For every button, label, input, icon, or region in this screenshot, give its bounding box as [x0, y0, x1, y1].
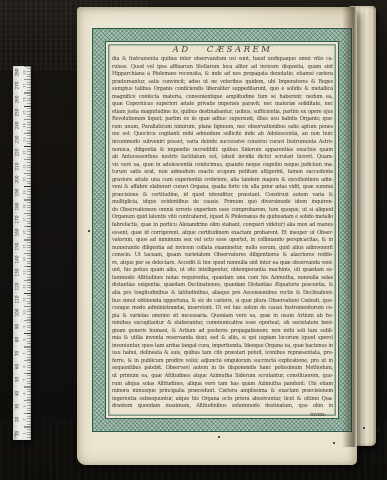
ruler-cm-label: 9	[23, 320, 28, 332]
ruler-cm-label: 11	[23, 294, 28, 306]
ruler-graduation: 15015	[13, 240, 31, 253]
catchword: juven-	[112, 411, 333, 416]
ruler-mm-label: 90	[15, 319, 20, 333]
ruler-mm-label: 50	[15, 373, 20, 387]
text-line: unt, his potius quàm aliis, ut sitè inte…	[112, 267, 333, 275]
ruler-cm-label: 17	[23, 213, 28, 225]
text-line: veni & affabrè elaborari curavi Organa, …	[112, 184, 333, 192]
text-line: mia & utilia inventa reservanda duxi; se…	[112, 335, 333, 343]
ruler-cm-label: 3	[23, 401, 28, 413]
ruler-cm-label: 22	[23, 147, 28, 159]
ruler-mm-label: 20	[15, 413, 20, 427]
text-line: rum unum, Parallaticum nimirum, plane li…	[112, 124, 333, 132]
text-line: sequentibus patebit. Observavi autem in …	[112, 365, 333, 373]
ink-speck	[88, 230, 90, 232]
text-line: prætereantur, satis convincit; adeo ut n…	[112, 79, 333, 87]
text-line: incommodo subveniri posset, varia deinde…	[112, 139, 333, 147]
scanner-background: AD CÆSAREM dia & Instrumenta quibus inte…	[0, 0, 387, 480]
ruler-graduation: 505	[13, 373, 31, 386]
text-line: nomica, diligentiâ & impendio incredibil…	[112, 147, 333, 155]
ruler-graduation: 11011	[13, 293, 31, 306]
ruler-mm-label: 10	[15, 426, 20, 440]
ruler-mm-label: 30	[15, 400, 20, 414]
ruler-cm-label: 12	[23, 280, 28, 292]
ruler-graduation: 19019	[13, 186, 31, 199]
ruler-mm-label: 280	[15, 66, 20, 80]
ruler-mm-label: 170	[15, 212, 20, 226]
ruler-cm-label: 2	[23, 414, 28, 426]
text-line: usu habui, delineata & suis, quibus tam …	[112, 350, 333, 358]
ruler-graduation: 404	[13, 387, 31, 400]
ruler-mm-label: 80	[15, 333, 20, 347]
ruler-mm-label: 60	[15, 359, 20, 373]
text-line: sumptus talibus Organis conficiendis lib…	[112, 86, 333, 94]
ruler-mm-label: 160	[15, 226, 20, 240]
ruler-graduation: 25025	[13, 106, 31, 119]
ruler-cm-label: 23	[23, 133, 28, 145]
ruler-graduation: 14014	[13, 253, 31, 266]
ink-speck	[333, 442, 335, 444]
ink-speck	[218, 436, 220, 438]
ruler-graduation: 27027	[13, 79, 31, 92]
book-page: AD CÆSAREM dia & Instrumenta quibus inte…	[77, 7, 357, 465]
text-line: me est. Quocirca cogitanti mihi admodum …	[112, 131, 333, 139]
ruler-mm-label: 70	[15, 346, 20, 360]
ruler-mm-label: 230	[15, 132, 20, 146]
text-line: re, atque per se delectare. Accedit & ho…	[112, 260, 333, 268]
ink-speck	[363, 427, 365, 429]
text-line: pia & varietas omninò sit necessaria. Qu…	[112, 313, 333, 321]
text-line: do Observationem omnis erroris expertem …	[112, 207, 333, 215]
ruler-mm-label: 220	[15, 146, 20, 160]
ruler-cm-label: 15	[23, 240, 28, 252]
ruler-graduation: 909	[13, 320, 31, 333]
ruler-mm-label: 110	[15, 293, 20, 307]
text-line: bus simul obtinenda opportuna, & sic de …	[112, 298, 333, 306]
text-line: Revolutionum liquet; partim ex iis quæ a…	[112, 116, 333, 124]
ruler-cm-label: 20	[23, 173, 28, 185]
ruler-mm-label: 100	[15, 306, 20, 320]
ruler-graduation: 20020	[13, 173, 31, 186]
ruler-graduation: 606	[13, 360, 31, 373]
ruler-graduation: 24024	[13, 119, 31, 132]
ruler-graduation: 23023	[13, 133, 31, 146]
ruler-cm-label: 5	[23, 374, 28, 386]
ruler-mm-label: 260	[15, 92, 20, 106]
text-line: Organum quid latentis vitii contraheret,…	[112, 214, 333, 222]
ruler-graduation: 26026	[13, 93, 31, 106]
text-line: minora minusque principalia præcedunt. C…	[112, 388, 333, 396]
text-line: multiplicia, idque evidentibus de causis…	[112, 199, 333, 207]
ruler-mm-label: 240	[15, 119, 20, 133]
ruler-graduation: 16016	[13, 226, 31, 239]
measurement-ruler: mm 2802827027260262502524024230232202221…	[13, 66, 31, 440]
ruler-mm-label: 140	[15, 253, 20, 267]
ruler-mm-label: 210	[15, 159, 20, 173]
ruler-graduation: 12012	[13, 280, 31, 293]
ruler-cm-label: 7	[23, 347, 28, 359]
ruler-graduation: 101	[13, 427, 31, 440]
text-line: Hipparchiana à Ptolemæo recensita, & ind…	[112, 71, 333, 79]
text-line: minibus excogitantur & elaborantur, comm…	[112, 320, 333, 328]
text-line: lummodò Altitudines notas requirentia, q…	[112, 275, 333, 283]
text-line: etiam justa magnitudine iis, quibus dest…	[112, 109, 333, 117]
ruler-cm-label: 14	[23, 254, 28, 266]
ruler-cm-label: 19	[23, 187, 28, 199]
ruler-mm-label: 150	[15, 239, 20, 253]
ruler-graduation: 22022	[13, 146, 31, 159]
ruler-mm-label: 180	[15, 199, 20, 213]
text-line: inveniuntur, quos tam ardua tangat cura,…	[112, 343, 333, 351]
page-header: AD CÆSAREM	[112, 45, 333, 55]
ruler-cm-label: 16	[23, 227, 28, 239]
text-line: turum satis erat, non admodum exactè sco…	[112, 169, 333, 177]
text-line: vis verò ea, quæ in adolescentiâ confeci…	[112, 162, 333, 170]
text-line: magnificè confecta materia, convenientiq…	[112, 94, 333, 102]
ruler-cm-label: 25	[23, 107, 28, 119]
ink-speck	[377, 430, 379, 432]
text-line: quæ Copernicus superiori ætate privatis …	[112, 101, 333, 109]
text-line: alia pro longitudinibus & latitudinibus,…	[112, 290, 333, 298]
ruler-cm-label: 18	[23, 200, 28, 212]
text-line: fabrefactis, quæ in porticu Alexandrino …	[112, 222, 333, 230]
text-line: ut primùm ea, quæ Altitudines atque Azim…	[112, 373, 333, 381]
ruler-cm-label: 27	[23, 80, 28, 92]
ruler-mm-label: 130	[15, 266, 20, 280]
ruler-mm-label: 270	[15, 79, 20, 93]
ruler-mm-label: 190	[15, 186, 20, 200]
ruler-cm-label: 1	[23, 427, 28, 439]
body-text: dia & Instrumenta quibus inter observand…	[112, 56, 333, 411]
text-line: ruisse. Quod vel ipsa affixarum Stellaru…	[112, 64, 333, 72]
ruler-cm-label: 13	[23, 267, 28, 279]
text-line: cunque modo administrandæ, inserviunt. U…	[112, 305, 333, 313]
ruler-graduation: 13013	[13, 266, 31, 279]
text-line: rum aliqua solas Altitudines, aliqua ver…	[112, 381, 333, 389]
ruler-mm-label: 40	[15, 386, 20, 400]
text-line: graviore ætate unà cum experientiâ crebr…	[112, 177, 333, 185]
ruler-mm-label: 250	[15, 106, 20, 120]
text-line: ab Antecessoribus nostris factitatum est…	[112, 154, 333, 162]
text-line: conscio. Ut taceam, ipsam varietatem Obs…	[112, 252, 333, 260]
text-line: ferre, & in publicum prodire volui; adju…	[112, 358, 333, 366]
ruler-graduation: 707	[13, 347, 31, 360]
ruler-cm-label: 24	[23, 120, 28, 132]
ruler-cm-label: 8	[23, 334, 28, 346]
ruler-graduation: 10010	[13, 306, 31, 319]
ruler-graduation: 202	[13, 413, 31, 426]
text-line: vatorum, quos ad minimum sex vel octo es…	[112, 237, 333, 245]
text-line: gnam generis humani, & Artium ad postero…	[112, 328, 333, 336]
text-line: numerando diligentia ad invicem collata …	[112, 245, 333, 253]
text-line: dia & Instrumenta quibus inter observand…	[112, 56, 333, 64]
ruler-cm-label: 10	[23, 307, 28, 319]
ruler-graduation: 28028	[13, 66, 31, 79]
text-line: essent, quæ id corrigerent, atque certit…	[112, 230, 333, 238]
ruler-graduation: 18018	[13, 200, 31, 213]
text-line: drantem quendam maximum, Altitudinibus s…	[112, 403, 333, 411]
ruler-cm-label: 28	[23, 67, 28, 79]
page-content: AD CÆSAREM dia & Instrumenta quibus inte…	[112, 45, 333, 416]
ruler-graduation: 808	[13, 333, 31, 346]
ruler-mm-label: 200	[15, 172, 20, 186]
ornamental-border: AD CÆSAREM dia & Instrumenta quibus inte…	[92, 28, 352, 432]
ruler-graduation: 303	[13, 400, 31, 413]
text-line: præcisione & certitudine, id quod intend…	[112, 192, 333, 200]
text-line: ingerentia subsequuntur, atque his Organ…	[112, 396, 333, 404]
ruler-graduation: 21021	[13, 160, 31, 173]
ruler-cm-label: 21	[23, 160, 28, 172]
text-line: distantias exigentia, quædam Declination…	[112, 282, 333, 290]
ruler-cm-label: 26	[23, 93, 28, 105]
ruler-cm-label: 4	[23, 387, 28, 399]
ruler-graduation: 17017	[13, 213, 31, 226]
ruler-cm-label: 6	[23, 360, 28, 372]
ornamental-border-inner: AD CÆSAREM dia & Instrumenta quibus inte…	[105, 41, 339, 419]
ruler-mm-label: 120	[15, 279, 20, 293]
